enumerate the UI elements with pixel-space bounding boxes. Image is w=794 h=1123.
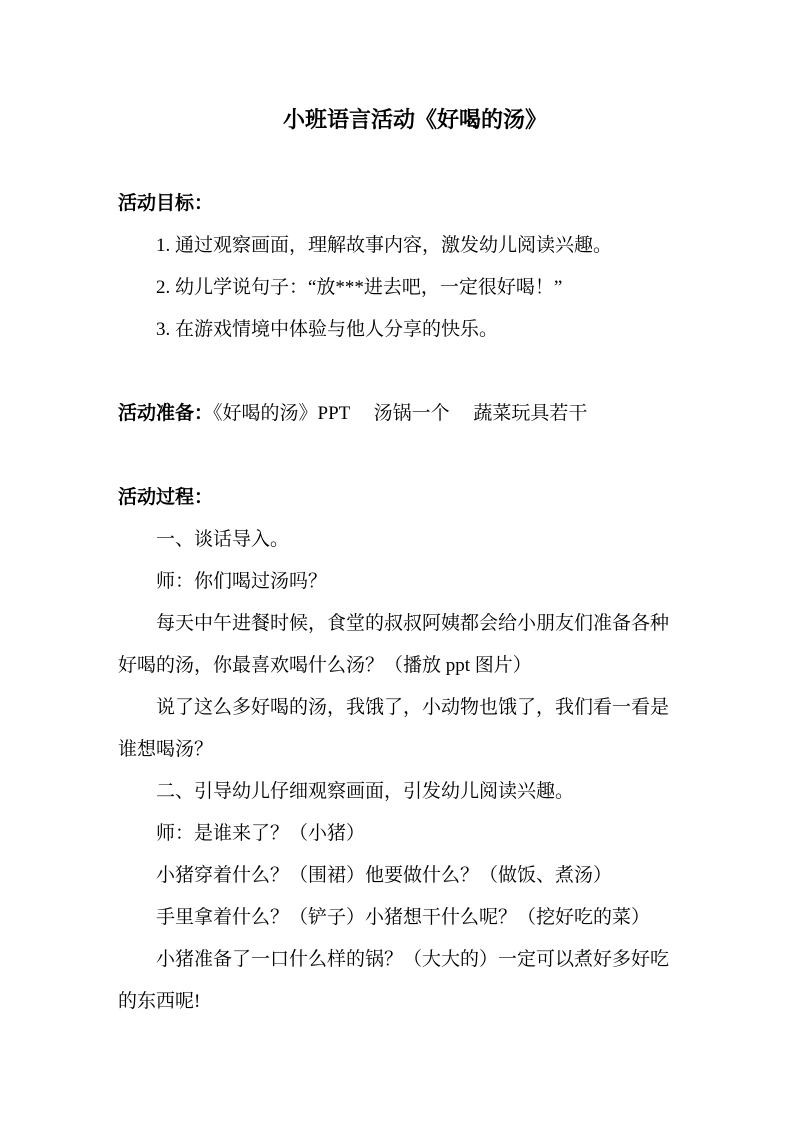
process-paragraph-3: 每天中午进餐时候，食堂的叔叔阿姨都会给小朋友们准备各种好喝的汤，你最喜欢喝什么汤…: [118, 603, 674, 687]
document-body: 小班语言活动《好喝的汤》 活动目标： 1. 通过观察画面，理解故事内容，激发幼儿…: [118, 99, 674, 1023]
goal-item-2: 2. 幼儿学说句子：“放***进去吧，一定很好喝！”: [118, 267, 674, 309]
process-paragraph-9: 小猪准备了一口什么样的锅？（大大的）一定可以煮好多好吃的东西呢!: [118, 939, 674, 1023]
blank-line: [118, 351, 674, 393]
process-paragraph-6: 师：是谁来了？（小猪）: [118, 813, 674, 855]
preparation-heading: 活动准备：: [118, 403, 213, 424]
blank-line: [118, 435, 674, 477]
goal-item-3: 3. 在游戏情境中体验与他人分享的快乐。: [118, 309, 674, 351]
blank-line: [118, 141, 674, 183]
process-paragraph-4: 说了这么多好喝的汤，我饿了，小动物也饿了，我们看一看是谁想喝汤？: [118, 687, 674, 771]
document-title: 小班语言活动《好喝的汤》: [118, 99, 674, 141]
process-paragraph-7: 小猪穿着什么？（围裙）他要做什么？（做饭、煮汤）: [118, 855, 674, 897]
preparation-line: 活动准备：《好喝的汤》PPT 汤锅一个 蔬菜玩具若干: [118, 393, 674, 435]
process-paragraph-2: 师：你们喝过汤吗？: [118, 561, 674, 603]
process-paragraph-5: 二、引导幼儿仔细观察画面，引发幼儿阅读兴趣。: [118, 771, 674, 813]
process-paragraph-8: 手里拿着什么？（铲子）小猪想干什么呢？（挖好吃的菜）: [118, 897, 674, 939]
process-heading: 活动过程：: [118, 477, 674, 519]
goals-heading: 活动目标：: [118, 183, 674, 225]
goal-item-1: 1. 通过观察画面，理解故事内容，激发幼儿阅读兴趣。: [118, 225, 674, 267]
document-page: 小班语言活动《好喝的汤》 活动目标： 1. 通过观察画面，理解故事内容，激发幼儿…: [0, 0, 794, 1123]
process-paragraph-1: 一、谈话导入。: [118, 519, 674, 561]
preparation-content: 《好喝的汤》PPT 汤锅一个 蔬菜玩具若干: [213, 403, 587, 424]
